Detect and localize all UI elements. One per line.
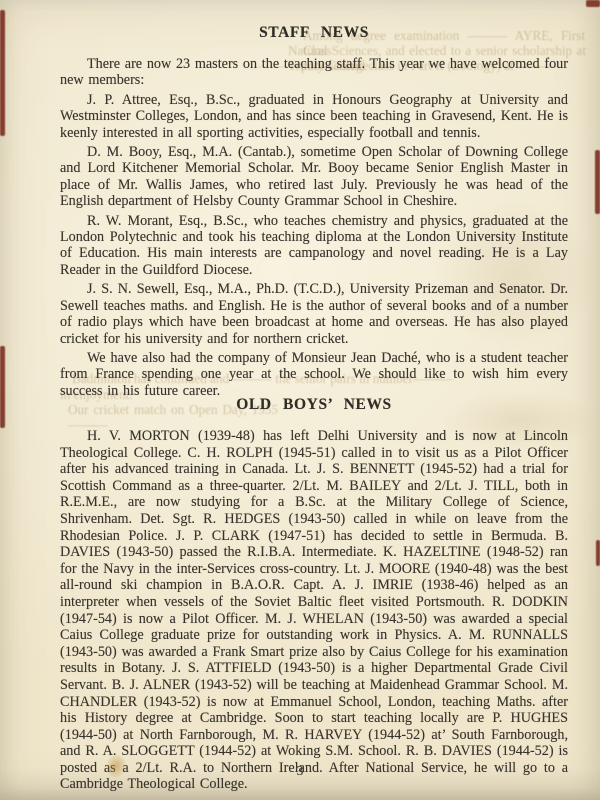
staff-news-heading: STAFF NEWS: [60, 24, 568, 42]
red-binding-mark: [0, 10, 5, 136]
red-binding-mark: [0, 346, 5, 428]
section-staff-news: STAFF NEWS There are now 23 masters on t…: [60, 24, 568, 402]
staff-news-paragraph: D. M. Booy, Esq., M.A. (Cantab.), someti…: [60, 144, 568, 210]
page-number: 3: [0, 763, 600, 779]
staff-news-paragraph: There are now 23 masters on the teaching…: [60, 56, 568, 89]
old-boys-news-paragraph: H. V. MORTON (1939-48) has left Delhi Un…: [60, 428, 568, 793]
old-boys-news-heading: OLD BOYS’ NEWS: [60, 396, 568, 414]
staff-news-paragraph: J. S. N. Sewell, Esq., M.A., Ph.D. (T.C.…: [60, 281, 568, 347]
red-binding-mark: [586, 0, 600, 7]
staff-news-paragraph: We have also had the company of Monsieur…: [60, 350, 568, 399]
red-binding-mark: [596, 540, 600, 566]
staff-news-paragraph: R. W. Morant, Esq., B.Sc., who teaches c…: [60, 213, 568, 279]
staff-news-paragraph: J. P. Attree, Esq., B.Sc., graduated in …: [60, 92, 568, 141]
scanned-magazine-page: Among degree examination ——— AYRE, First…: [0, 0, 600, 800]
section-old-boys-news: OLD BOYS’ NEWS H. V. MORTON (1939-48) ha…: [60, 396, 568, 796]
red-binding-mark: [595, 150, 600, 214]
